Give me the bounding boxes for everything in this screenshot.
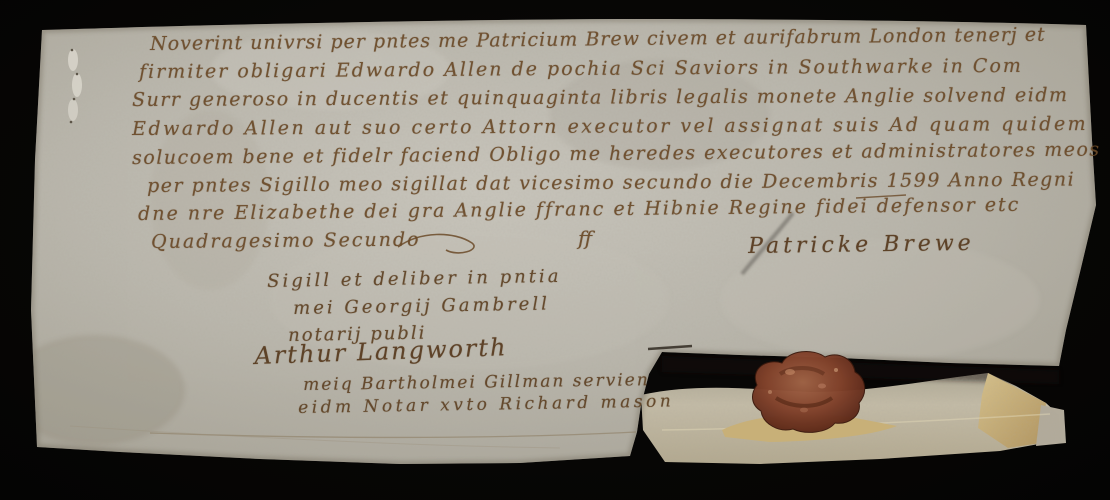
witness-line: mei Georgij Gambrell bbox=[293, 294, 550, 319]
obligor-signature: Patricke Brewe bbox=[748, 231, 975, 259]
photo-canvas: Noverint univrsi per pntes me Patricium … bbox=[0, 0, 1110, 500]
wax-seal bbox=[752, 351, 864, 432]
paraph-mark: ff bbox=[578, 226, 592, 250]
manuscript-line: Quadragesimo Secundo bbox=[151, 229, 421, 253]
